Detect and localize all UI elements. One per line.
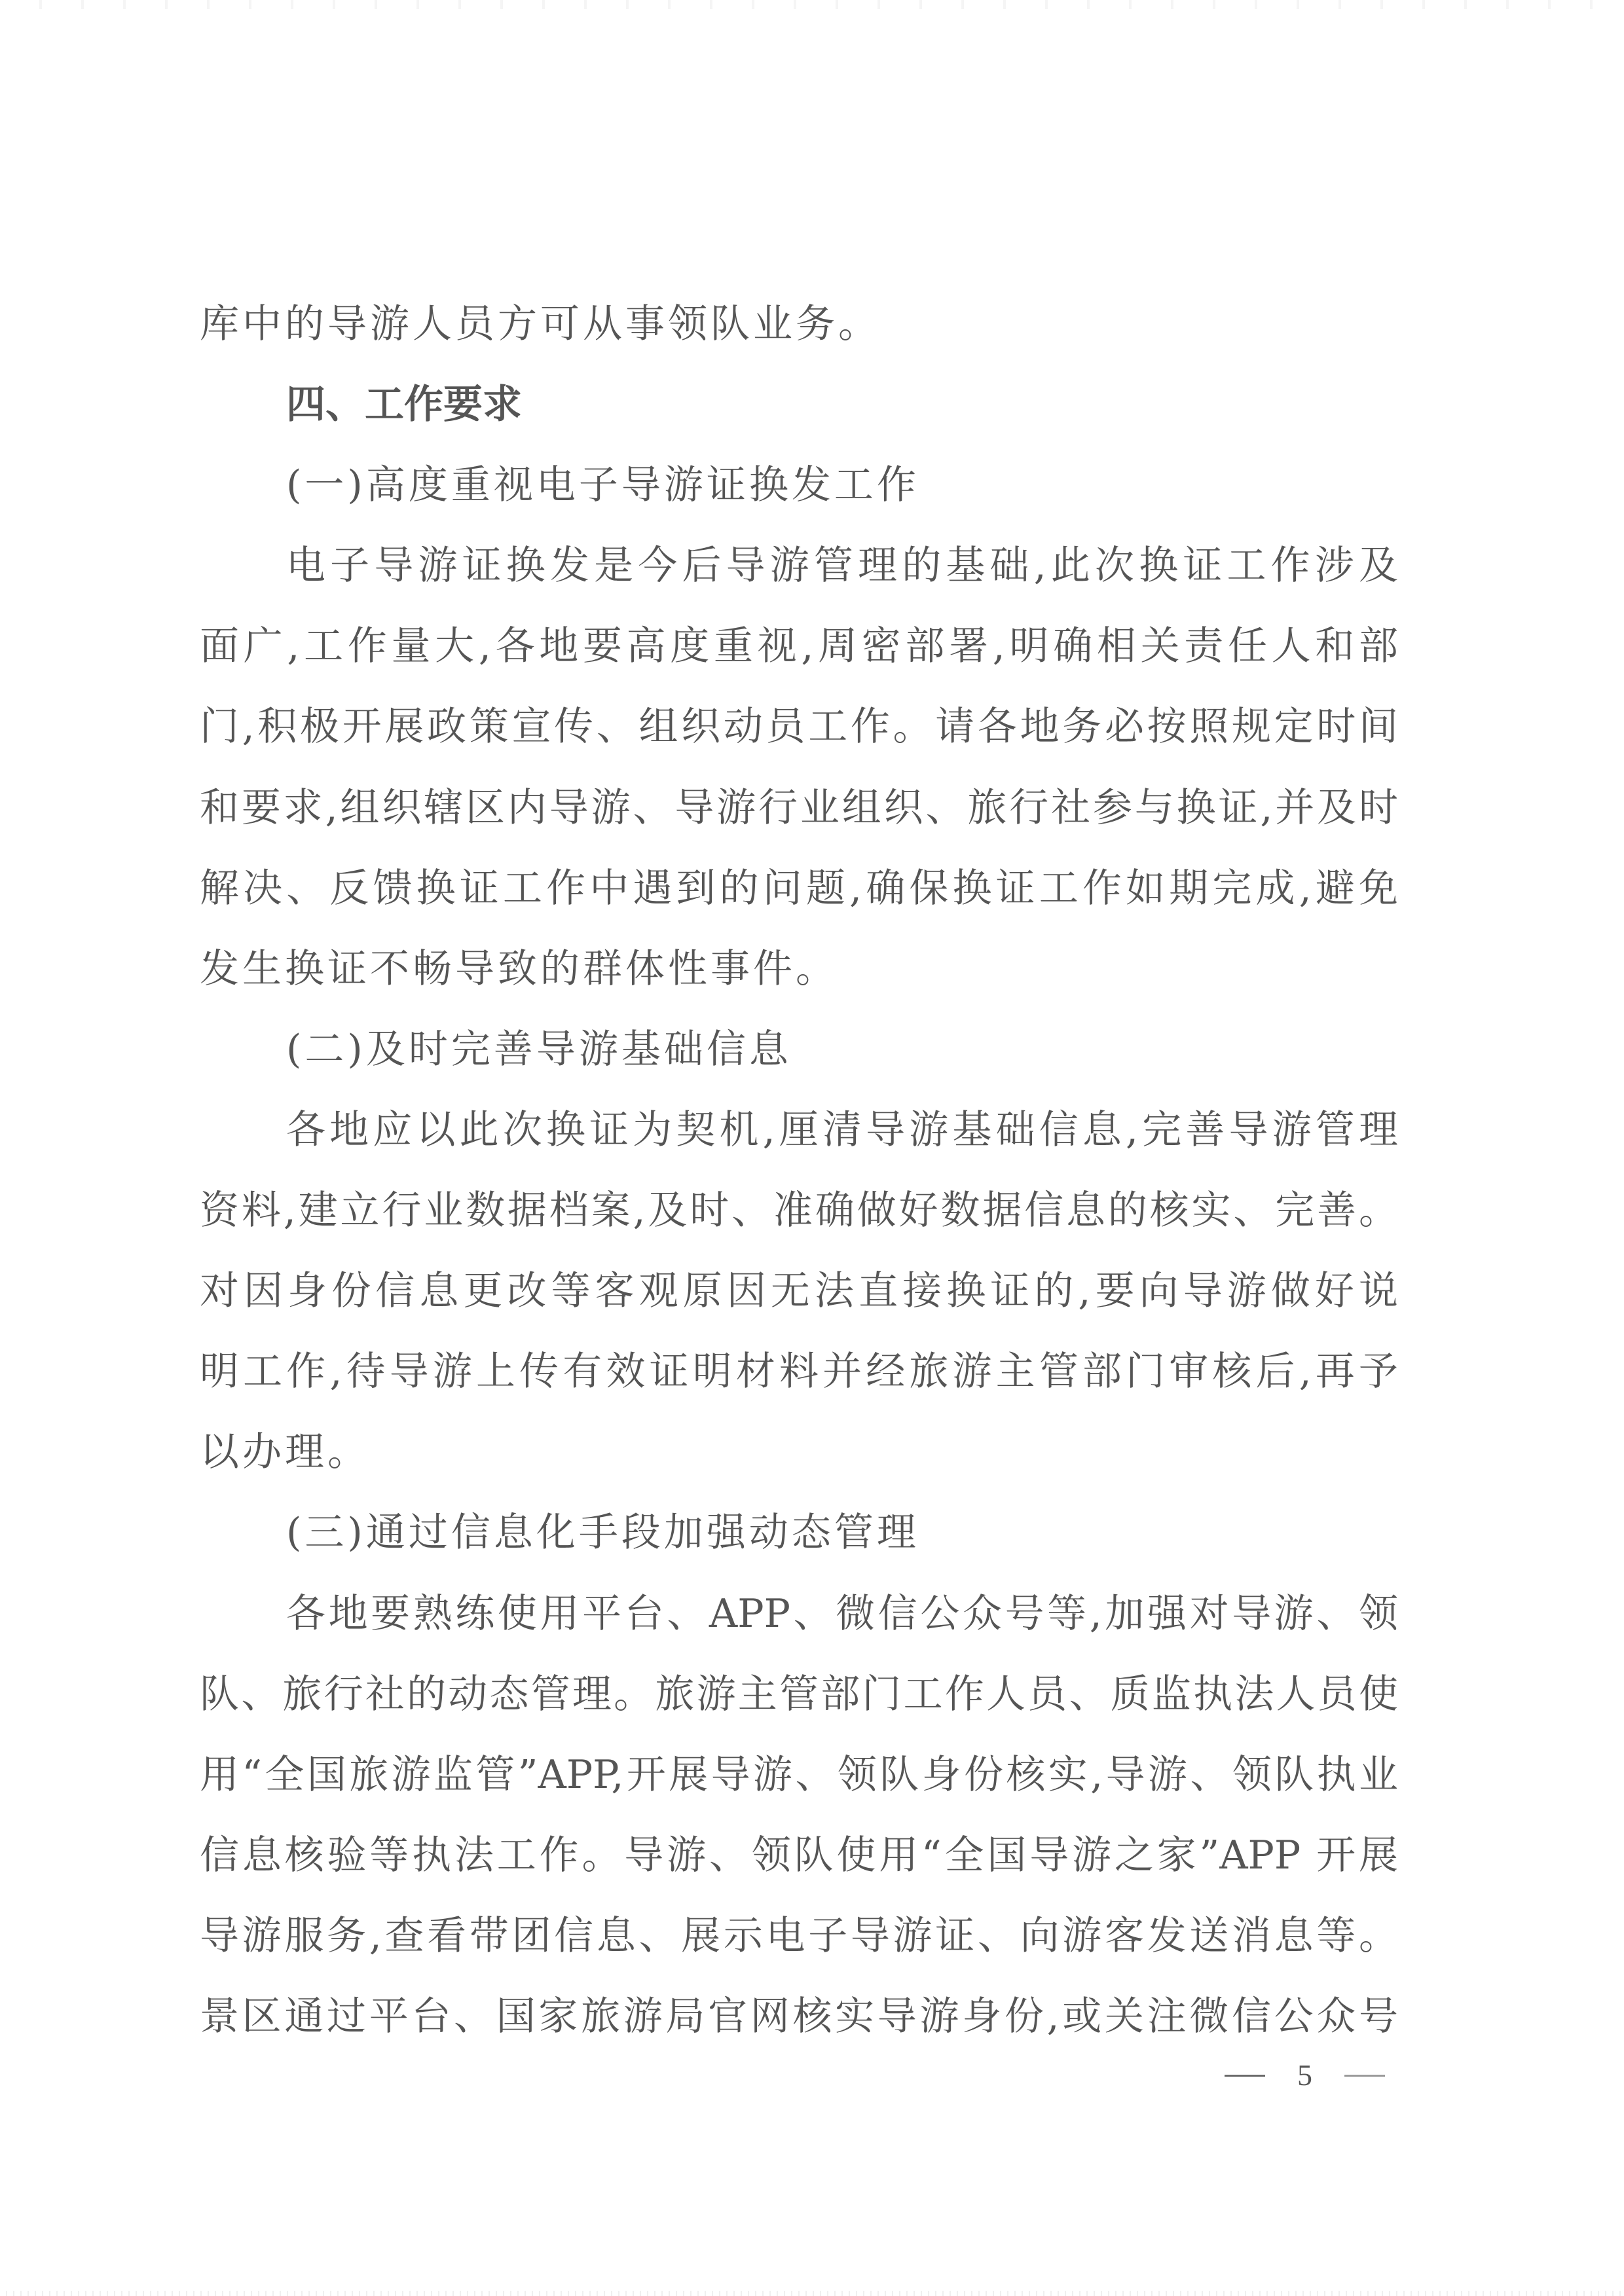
section-heading-text: 四、工作要求 — [286, 382, 522, 428]
body-line: 队、旅行社的动态管理。旅游主管部门工作人员、质监执法人员使 — [200, 1665, 1398, 1745]
body-line: 门,积极开展政策宣传、组织动员工作。请各地务必按照规定时间 — [200, 697, 1398, 778]
page-number-dash-right — [1344, 2075, 1385, 2077]
body-line: 以办理。 — [200, 1423, 1398, 1503]
scan-artifact-top — [0, 0, 1624, 9]
document-body: 库中的导游人员方可从事领队业务。 四、工作要求 (一)高度重视电子导游证换发工作… — [200, 295, 1398, 2068]
subsection-heading: (一)高度重视电子导游证换发工作 — [200, 456, 1398, 536]
body-line: 资料,建立行业数据档案,及时、准确做好数据信息的核实、完善。 — [200, 1181, 1398, 1262]
body-line: 和要求,组织辖区内导游、导游行业组织、旅行社参与换证,并及时 — [200, 778, 1398, 859]
body-line: 用“全国旅游监管”APP,开展导游、领队身份核实,导游、领队执业 — [200, 1745, 1398, 1826]
body-line: 面广,工作量大,各地要高度重视,周密部署,明确相关责任人和部 — [200, 617, 1398, 697]
body-line: 明工作,待导游上传有效证明材料并经旅游主管部门审核后,再予 — [200, 1342, 1398, 1423]
body-line: 解决、反馈换证工作中遇到的问题,确保换证工作如期完成,避免 — [200, 859, 1398, 939]
page-number-dash-left — [1225, 2075, 1265, 2077]
document-page: 库中的导游人员方可从事领队业务。 四、工作要求 (一)高度重视电子导游证换发工作… — [0, 0, 1624, 2296]
body-line: 景区通过平台、国家旅游局官网核实导游身份,或关注微信公众号 — [200, 1987, 1398, 2068]
body-line: 信息核验等执法工作。导游、领队使用“全国导游之家”APP 开展 — [200, 1826, 1398, 1906]
subsection-heading: (三)通过信息化手段加强动态管理 — [200, 1503, 1398, 1584]
subsection-heading: (二)及时完善导游基础信息 — [200, 1020, 1398, 1101]
page-number: 5 — [1225, 2056, 1385, 2095]
page-number-value: 5 — [1297, 2056, 1312, 2095]
scan-artifact-bottom — [0, 2291, 1624, 2296]
body-line: 对因身份信息更改等客观原因无法直接换证的,要向导游做好说 — [200, 1262, 1398, 1342]
body-line: 电子导游证换发是今后导游管理的基础,此次换证工作涉及 — [200, 536, 1398, 617]
body-line: 发生换证不畅导致的群体性事件。 — [200, 939, 1398, 1020]
section-heading: 四、工作要求 — [200, 375, 1398, 456]
body-line: 导游服务,查看带团信息、展示电子导游证、向游客发送消息等。 — [200, 1906, 1398, 1987]
body-line: 库中的导游人员方可从事领队业务。 — [200, 295, 1398, 375]
body-line: 各地要熟练使用平台、APP、微信公众号等,加强对导游、领 — [200, 1584, 1398, 1665]
body-line: 各地应以此次换证为契机,厘清导游基础信息,完善导游管理 — [200, 1101, 1398, 1181]
